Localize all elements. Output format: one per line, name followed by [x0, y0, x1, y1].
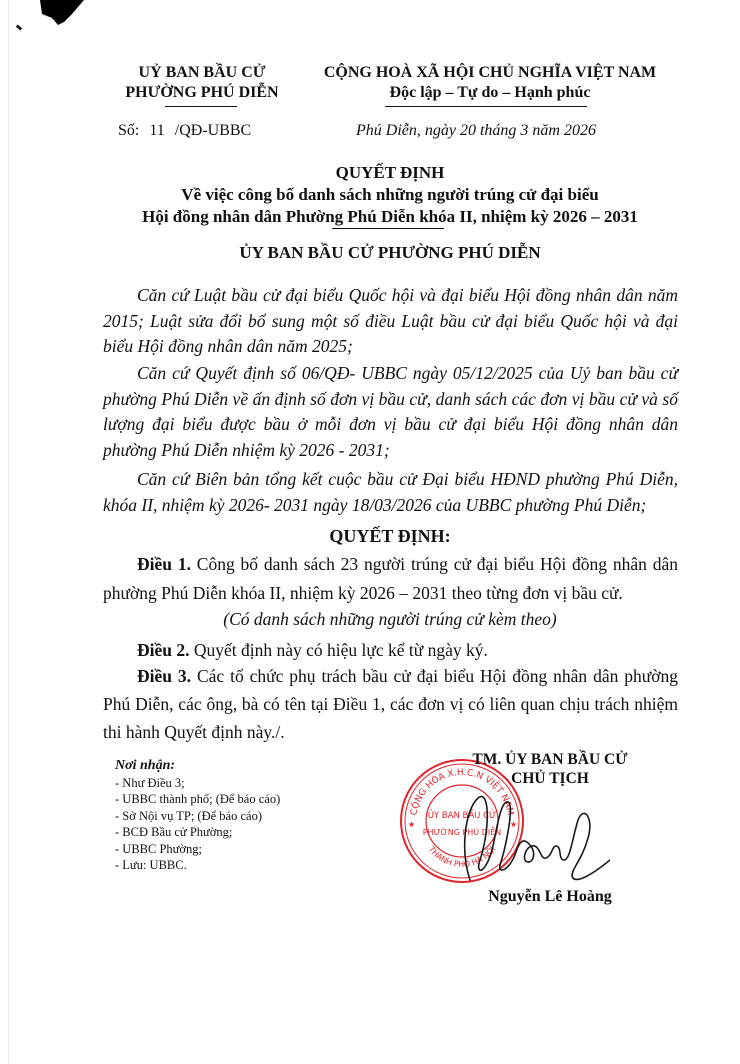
place-date: Phú Diễn, ngày 20 tháng 3 năm 2026	[356, 122, 596, 140]
signer-name: Nguyễn Lê Hoàng	[440, 888, 660, 906]
recipient-item: - UBBC Phường;	[115, 841, 280, 858]
document-number: Số: 11 /QĐ-UBBC	[118, 122, 251, 140]
article-3: Điều 3. Các tổ chức phụ trách bầu cử đại…	[103, 662, 678, 746]
title-main: QUYẾT ĐỊNH	[100, 162, 680, 184]
recipients-title: Nơi nhận:	[115, 758, 280, 775]
article-label: Điều 2.	[137, 640, 190, 660]
recipient-item: - BCĐ Bầu cử Phường;	[115, 824, 280, 841]
recipient-item: - UBBC thành phố; (Để báo cáo)	[115, 791, 280, 808]
on-behalf-label: TM. ỦY BAN BẦU CỬ	[440, 750, 660, 769]
position-label: CHỦ TỊCH	[440, 769, 660, 788]
article-label: Điều 1.	[137, 554, 191, 574]
issuing-authority-underline	[165, 106, 237, 107]
attachment-note: (Có danh sách những người trúng cử kèm t…	[100, 609, 680, 630]
handwritten-signature	[460, 790, 610, 885]
issuing-authority: UỶ BAN BẦU CỬ PHƯỜNG PHÚ DIỄN	[104, 63, 300, 103]
preamble-paragraph: Căn cứ Biên bản tổng kết cuộc bầu cử Đại…	[103, 467, 678, 518]
recipient-item: - Như Điều 3;	[115, 775, 280, 792]
article-1: Điều 1. Công bố danh sách 23 người trúng…	[103, 550, 678, 608]
article-2: Điều 2. Quyết định này có hiệu lực kể từ…	[103, 638, 678, 664]
title-underline	[332, 228, 444, 229]
title-subject-line1: Về việc công bố danh sách những người tr…	[100, 184, 680, 206]
article-label: Điều 3.	[137, 666, 191, 686]
scan-speck	[16, 24, 23, 30]
recipient-item: - Sở Nội vụ TP; (Để báo cáo)	[115, 808, 280, 825]
stamp-star-left: ★	[408, 820, 415, 829]
signature-title: TM. ỦY BAN BẦU CỬ CHỦ TỊCH	[440, 750, 660, 788]
article-text: Quyết định này có hiệu lực kể từ ngày ký…	[190, 640, 488, 660]
country-name: CỘNG HOÀ XÃ HỘI CHỦ NGHĨA VIỆT NAM	[300, 63, 680, 83]
issuer-heading: ỦY BAN BẦU CỬ PHƯỜNG PHÚ DIỄN	[100, 243, 680, 263]
preamble-paragraph: Căn cứ Quyết định số 06/QĐ- UBBC ngày 05…	[103, 361, 678, 463]
recipients-list: Nơi nhận: - Như Điều 3; - UBBC thành phố…	[115, 758, 280, 874]
motto: Độc lập – Tự do – Hạnh phúc	[300, 83, 680, 103]
page-edge	[8, 0, 9, 1064]
preamble-paragraph: Căn cứ Luật bầu cử đại biểu Quốc hội và …	[103, 283, 678, 360]
document-title: QUYẾT ĐỊNH Về việc công bố danh sách nhữ…	[100, 162, 680, 228]
national-motto: CỘNG HOÀ XÃ HỘI CHỦ NGHĨA VIỆT NAM Độc l…	[300, 63, 680, 103]
decision-heading: QUYẾT ĐỊNH:	[100, 526, 680, 547]
motto-underline	[385, 106, 587, 107]
recipient-item: - Lưu: UBBC.	[115, 857, 280, 874]
issuing-authority-line1: UỶ BAN BẦU CỬ	[104, 63, 300, 83]
scan-artifact	[38, 0, 88, 26]
title-subject-line2: Hội đồng nhân dân Phường Phú Diễn khóa I…	[100, 206, 680, 228]
issuing-authority-line2: PHƯỜNG PHÚ DIỄN	[104, 83, 300, 103]
